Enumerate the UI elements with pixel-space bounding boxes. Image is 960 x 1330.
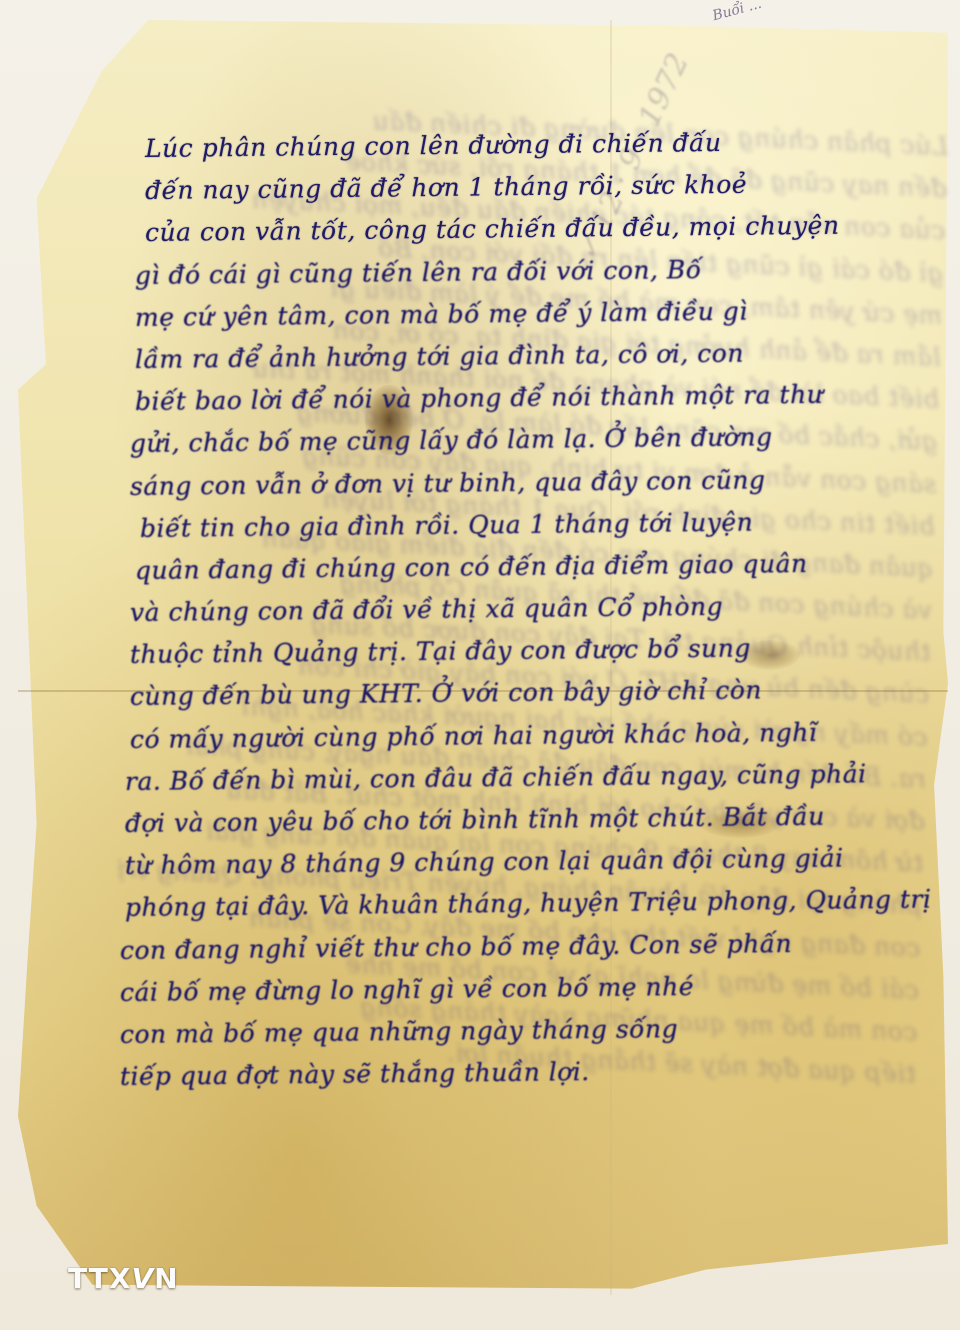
logo-suffix: N <box>154 1262 178 1295</box>
logo-v-globe-icon: V <box>131 1262 154 1295</box>
letter-body: Lúc phân chúng con lên đường đi chiến đấ… <box>155 128 925 1098</box>
ttxvn-watermark-logo: TTXVN <box>68 1262 179 1295</box>
letter-line: tiếp qua đợt này sẽ thắng thuần lợi. <box>120 1048 925 1099</box>
logo-prefix: TTX <box>68 1262 131 1295</box>
